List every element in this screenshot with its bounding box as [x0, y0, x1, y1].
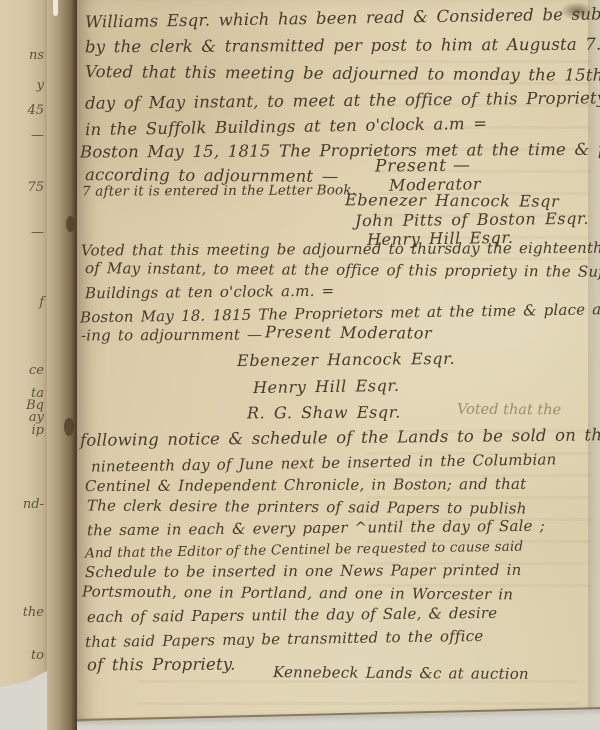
manuscript-line: Ebenezer Hancock Esqr. — [237, 351, 455, 369]
manuscript-line: day of May instant, to meet at the offic… — [85, 90, 600, 112]
left-page-text-fragment: f — [39, 295, 44, 310]
scanned-manuscript: nsy45—75—fcetaBqayipnd-theto—wel William… — [0, 0, 600, 730]
binding-stain — [64, 418, 74, 436]
left-page-text-fragment: to — [31, 648, 44, 663]
manuscript-line: Centinel & Independent Chronicle, in Bos… — [85, 477, 526, 494]
manuscript-line: John Pitts of Boston Esqr. — [355, 211, 589, 229]
binding-stain — [66, 216, 75, 232]
manuscript-line: Present — — [375, 157, 471, 175]
left-page-text-fragment: nd- — [23, 497, 44, 512]
manuscript-line: Boston May 15, 1815 The Proprietors met … — [80, 142, 600, 161]
left-page-text-fragment: 75 — [27, 180, 44, 195]
manuscript-line: Portsmouth, one in Portland, and one in … — [82, 584, 513, 602]
manuscript-line: in the Suffolk Buildings at ten o'clock … — [85, 116, 487, 139]
manuscript-line: Schedule to be inserted in one News Pape… — [85, 563, 522, 580]
ink-bleedthrough — [137, 680, 577, 712]
left-page-text-fragment: ip — [32, 423, 44, 438]
left-page-text-fragment: ce — [29, 363, 44, 378]
binding-highlight — [53, 0, 58, 16]
manuscript-line: Williams Esqr. which has been read & Con… — [85, 5, 600, 31]
binding-gutter — [47, 0, 77, 730]
manuscript-line: Boston May 18. 1815 The Proprietors met … — [80, 302, 600, 326]
left-page-text-fragment: the — [23, 605, 44, 620]
manuscript-line: each of said Papers until the day of Sal… — [87, 606, 497, 625]
manuscript-line: by the clerk & transmitted per post to h… — [85, 37, 600, 56]
manuscript-line: that said Papers may be transmitted to t… — [85, 629, 484, 650]
manuscript-line: Present Moderator — [265, 324, 432, 341]
left-page-text-fragment: ns — [29, 48, 44, 63]
manuscript-line: Voted that this meeting be adjourned to … — [81, 241, 600, 259]
manuscript-line: The clerk desire the printers of said Pa… — [87, 498, 527, 516]
left-page-text-fragment: — — [31, 682, 44, 697]
manuscript-line: Kennebeck Lands &c at auction — [273, 665, 529, 682]
manuscript-line: Henry Hill Esqr. — [253, 378, 400, 396]
manuscript-line: Buildings at ten o'clock a.m. = — [85, 284, 335, 302]
manuscript-line: Voted that this meeting be adjourned to … — [85, 64, 600, 84]
page-right-edge — [588, 0, 600, 730]
left-page-text-fragment: 45 — [27, 103, 44, 118]
left-page-text-fragment: wel — [21, 694, 44, 709]
left-page-text-fragment: y — [37, 78, 44, 93]
left-page-edge: nsy45—75—fcetaBqayipnd-theto—wel — [0, 0, 47, 710]
manuscript-line: R. G. Shaw Esqr. — [247, 405, 401, 422]
left-page-text-fragment: — — [31, 225, 44, 240]
manuscript-line: of May instant, to meet at the office of… — [85, 261, 600, 280]
manuscript-page: Williams Esqr. which has been read & Con… — [77, 0, 600, 730]
manuscript-line: following notice & schedule of the Lands… — [80, 427, 600, 449]
manuscript-line: And that the Editor of the Centinel be r… — [85, 541, 523, 561]
manuscript-line: nineteenth day of June next be inserted … — [91, 452, 557, 474]
manuscript-line: -ing to adjournment — — [81, 328, 262, 344]
manuscript-line: Voted that the — [457, 403, 561, 418]
manuscript-line: of this Propriety. — [87, 657, 236, 674]
manuscript-line: 7 after it is entered in the Letter Book… — [82, 184, 356, 199]
manuscript-line: the same in each & every paper ^until th… — [87, 519, 545, 539]
manuscript-line: Ebenezer Hancock Esqr — [345, 192, 559, 209]
left-page-text-fragment: — — [31, 128, 44, 143]
